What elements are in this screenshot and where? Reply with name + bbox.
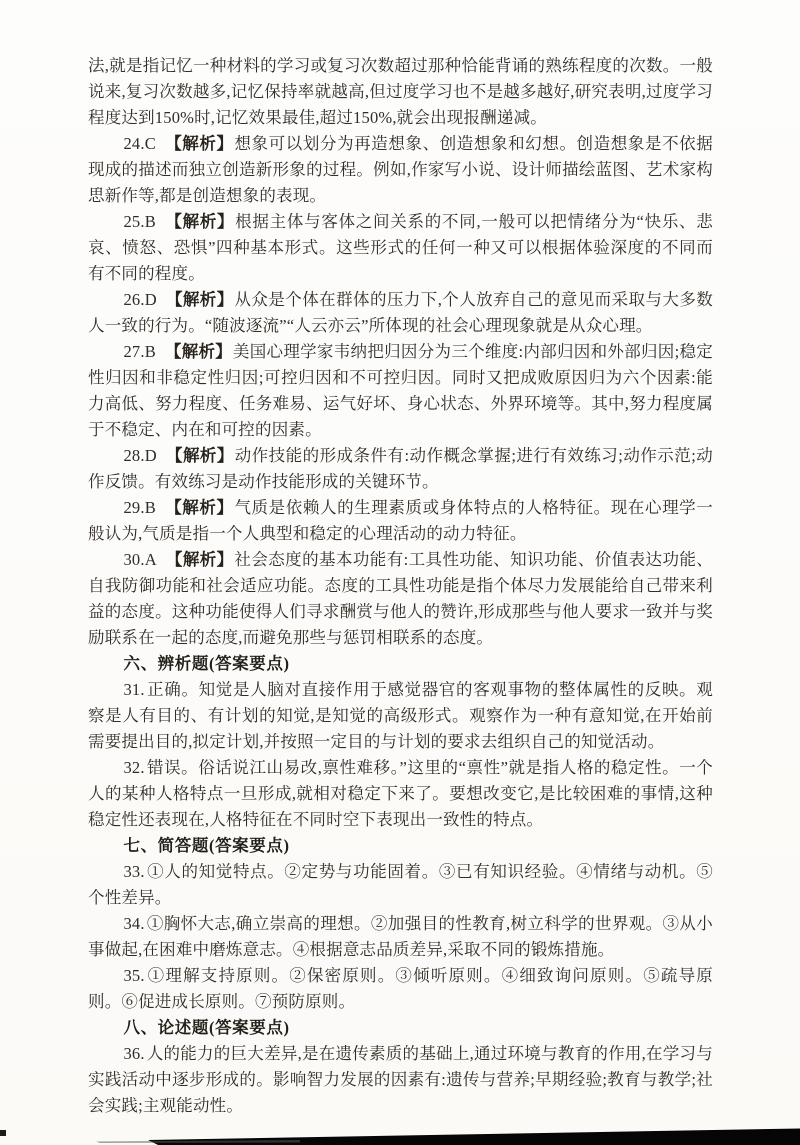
section-heading-text: 六、辨析题(答案要点) [123, 654, 289, 673]
answer-number: 34. [123, 914, 144, 933]
paragraph: 29.B【解析】气质是依赖人的生理素质或身体特点的人格特征。现在心理学一般认为,… [88, 495, 713, 547]
paragraph: 35.①理解支持原则。②保密原则。③倾听原则。④细致询问原则。⑤疏导原则。⑥促进… [88, 963, 713, 1015]
paragraph-text: 人的能力的巨大差异,是在遗传素质的基础上,通过环境与教育的作用,在学习与实践活动… [88, 1044, 713, 1115]
answer-number: 27.B [123, 342, 155, 361]
section-heading-text: 七、简答题(答案要点) [123, 836, 289, 855]
paragraph: 26.D【解析】从众是个体在群体的压力下,个人放弃自己的意见而采取与大多数人一致… [88, 287, 713, 339]
answer-number: 29.B [123, 498, 155, 517]
paragraph: 31.正确。知觉是人脑对直接作用于感觉器官的客观事物的整体属性的反映。观察是人有… [88, 677, 713, 755]
analysis-tag: 【解析】 [165, 212, 235, 231]
analysis-tag: 【解析】 [166, 290, 234, 309]
paragraph: 24.C【解析】想象可以划分为再造想象、创造想象和幻想。创造想象是不依据现成的描… [88, 131, 713, 209]
paragraph: 36.人的能力的巨大差异,是在遗传素质的基础上,通过环境与教育的作用,在学习与实… [88, 1041, 713, 1119]
answer-number: 24.C [123, 134, 155, 153]
paragraph: 30.A【解析】社会态度的基本功能有:工具性功能、知识功能、价值表达功能、自我防… [88, 547, 713, 651]
answer-number: 26.D [123, 290, 156, 309]
answer-number: 35. [123, 966, 144, 985]
answer-number: 31. [123, 680, 144, 699]
paragraph-text: ①胸怀大志,确立崇高的理想。②加强目的性教育,树立科学的世界观。③从小事做起,在… [88, 914, 713, 959]
paragraph-text: 法,就是指记忆一种材料的学习或复习次数超过那种恰能背诵的熟练程度的次数。一般说来… [88, 56, 713, 127]
paragraph: 32.错误。俗话说江山易改,禀性难移。”这里的“禀性”就是指人格的稳定性。一个人… [88, 755, 713, 833]
document-body: 法,就是指记忆一种材料的学习或复习次数超过那种恰能背诵的熟练程度的次数。一般说来… [88, 53, 713, 1119]
answer-number: 28.D [123, 446, 156, 465]
paragraph-text: ①理解支持原则。②保密原则。③倾听原则。④细致询问原则。⑤疏导原则。⑥促进成长原… [88, 966, 713, 1011]
paragraph-text: ①人的知觉特点。②定势与功能固着。③已有知识经验。④情绪与动机。⑤个性差异。 [88, 862, 713, 907]
answer-number: 33. [123, 862, 144, 881]
answer-number: 32. [123, 758, 144, 777]
analysis-tag: 【解析】 [165, 134, 234, 153]
section-heading: 八、论述题(答案要点) [88, 1015, 713, 1041]
paragraph: 法,就是指记忆一种材料的学习或复习次数超过那种恰能背诵的熟练程度的次数。一般说来… [88, 53, 713, 131]
section-heading-text: 八、论述题(答案要点) [123, 1018, 289, 1037]
analysis-tag: 【解析】 [166, 550, 234, 569]
paragraph: 33.①人的知觉特点。②定势与功能固着。③已有知识经验。④情绪与动机。⑤个性差异… [88, 859, 713, 911]
paragraph-text: 正确。知觉是人脑对直接作用于感觉器官的客观事物的整体属性的反映。观察是人有目的、… [88, 680, 713, 751]
paragraph: 28.D【解析】动作技能的形成条件有:动作概念掌握;进行有效练习;动作示范;动作… [88, 443, 713, 495]
paragraph: 25.B【解析】根据主体与客体之间关系的不同,一般可以把情绪分为“快乐、悲哀、愤… [88, 209, 713, 287]
analysis-tag: 【解析】 [165, 498, 234, 517]
paragraph: 27.B【解析】美国心理学家韦纳把归因分为三个维度:内部归因和外部归因;稳定性归… [88, 339, 713, 443]
answer-number: 25.B [123, 212, 155, 231]
analysis-tag: 【解析】 [166, 446, 234, 465]
paragraph: 34.①胸怀大志,确立崇高的理想。②加强目的性教育,树立科学的世界观。③从小事做… [88, 911, 713, 963]
scanned-page: 法,就是指记忆一种材料的学习或复习次数超过那种恰能背诵的熟练程度的次数。一般说来… [0, 0, 800, 1145]
answer-number: 36. [123, 1044, 144, 1063]
section-heading: 六、辨析题(答案要点) [88, 651, 713, 677]
paragraph-text: 错误。俗话说江山易改,禀性难移。”这里的“禀性”就是指人格的稳定性。一个人的某种… [88, 758, 713, 829]
analysis-tag: 【解析】 [165, 342, 232, 361]
answer-number: 30.A [123, 550, 156, 569]
section-heading: 七、简答题(答案要点) [88, 833, 713, 859]
